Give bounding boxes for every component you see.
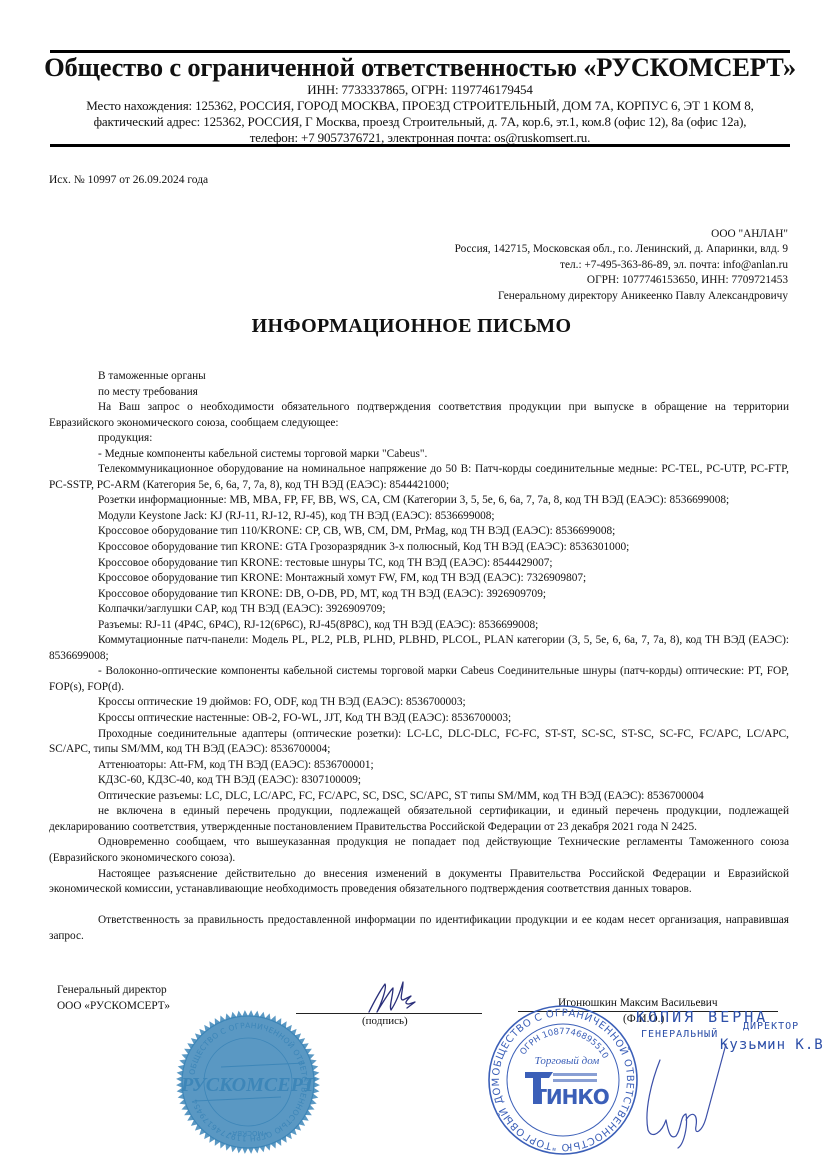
signatory-block: Генеральный директор ООО «РУСКОМСЕРТ» <box>57 983 170 1014</box>
body-paragraph: Проходные соединительные адаптеры (оптич… <box>49 727 789 758</box>
recipient-ogrn-inn: ОГРН: 1077746153650, ИНН: 7709721453 <box>455 273 788 288</box>
signatory-position: Генеральный директор <box>57 983 170 999</box>
svg-text:•МОСКВА•: •МОСКВА• <box>228 1129 267 1137</box>
body-paragraph: В таможенные органы <box>49 369 789 385</box>
body-paragraph: Ответственность за правильность предоста… <box>49 913 789 944</box>
body-paragraph: Одновременно сообщаем, что вышеуказанная… <box>49 835 789 866</box>
body-paragraph: Разъемы: RJ-11 (4P4C, 6P4C), RJ-12(6P6C)… <box>49 618 789 634</box>
body-paragraph: не включена в единый перечень продукции,… <box>49 804 789 835</box>
body-paragraph: Модули Keystone Jack: KJ (RJ-11, RJ-12, … <box>49 509 789 525</box>
body-paragraph: Коммутационные патч-панели: Модель PL, P… <box>49 633 789 664</box>
body-paragraph: продукция: <box>49 431 789 447</box>
letterhead-bottom-rule <box>50 144 790 147</box>
ruskomsert-stamp: ОБЩЕСТВО С ОГРАНИЧЕННОЙ ОТВЕТСТВЕННОСТЬЮ… <box>173 1005 323 1160</box>
body-paragraph: Кроссы оптические 19 дюймов: FO, ODF, ко… <box>49 695 789 711</box>
body-paragraph: Кроссовое оборудование тип KRONE: Монтаж… <box>49 571 789 587</box>
copy-position-right: ДИРЕКТОР <box>743 1021 799 1032</box>
body-paragraph: Кроссовое оборудование тип KRONE: тестов… <box>49 556 789 572</box>
outgoing-reference: Исх. № 10997 от 26.09.2024 года <box>49 174 208 186</box>
company-name: Общество с ограниченной ответственностью… <box>40 50 800 84</box>
tinko-logo-text: ТИНКО <box>533 1085 608 1109</box>
body-paragraph: - Волоконно-оптические компоненты кабель… <box>49 664 789 695</box>
recipient-block: ООО "АНЛАН" Россия, 142715, Московская о… <box>455 227 788 304</box>
copy-signer-name: Кузьмин К.В. <box>720 1037 823 1053</box>
copy-position-left: ГЕНЕРАЛЬНЫЙ <box>641 1029 718 1040</box>
body-paragraph: Аттенюаторы: Att-FM, код ТН ВЭД (ЕАЭС): … <box>49 758 789 774</box>
recipient-contacts: тел.: +7-495-363-86-89, эл. почта: info@… <box>455 258 788 273</box>
letter-body: В таможенные органы по месту требования … <box>49 369 789 944</box>
svg-text:ОБЩЕСТВО С ОГРАНИЧЕННОЙ ОТВЕТС: ОБЩЕСТВО С ОГРАНИЧЕННОЙ ОТВЕТСТВЕННОСТЬЮ… <box>483 1000 635 1152</box>
body-paragraph: Телекоммуникационное оборудование на ном… <box>49 462 789 493</box>
body-paragraph: Кроссы оптические настенные: OB-2, FO-WL… <box>49 711 789 727</box>
stamp-center-text: РУСКОМСЕРТ <box>180 1074 316 1096</box>
signature-caption: (подпись) <box>362 1015 408 1027</box>
body-paragraph: Колпачки/заглушки CAP, код ТН ВЭД (ЕАЭС)… <box>49 602 789 618</box>
body-paragraph: Настоящее разъяснение действительно до в… <box>49 867 789 898</box>
signatory-organization: ООО «РУСКОМСЕРТ» <box>57 999 170 1015</box>
company-location: Место нахождения: 125362, РОССИЯ, ГОРОД … <box>40 98 800 114</box>
recipient-addressee: Генеральному директору Аникеенко Павлу А… <box>455 289 788 304</box>
document-title: ИНФОРМАЦИОННОЕ ПИСЬМО <box>0 315 823 338</box>
body-paragraph: Оптические разъемы: LC, DLC, LC/APC, FC,… <box>49 789 789 805</box>
handwritten-signature-2 <box>640 1040 730 1150</box>
svg-text:Торговый дом: Торговый дом <box>535 1055 600 1067</box>
company-actual-address: фактический адрес: 125362, РОССИЯ, Г Мос… <box>40 114 800 130</box>
body-paragraph: Розетки информационные: MB, MBA, FP, FF,… <box>49 493 789 509</box>
body-paragraph: Кроссовое оборудование тип KRONE: GTA Гр… <box>49 540 789 556</box>
body-paragraph: Кроссовое оборудование тип 110/KRONE: CP… <box>49 524 789 540</box>
body-paragraph: На Ваш запрос о необходимости обязательн… <box>49 400 789 431</box>
tinko-stamp: ОБЩЕСТВО С ОГРАНИЧЕННОЙ ОТВЕТСТВЕННОСТЬЮ… <box>483 1000 643 1160</box>
body-paragraph: КДЗС-60, КДЗС-40, код ТН ВЭД (ЕАЭС): 830… <box>49 773 789 789</box>
recipient-company: ООО "АНЛАН" <box>455 227 788 242</box>
body-paragraph: Кроссовое оборудование тип KRONE: DB, O-… <box>49 587 789 603</box>
body-paragraph: - Медные компоненты кабельной системы то… <box>49 447 789 463</box>
recipient-address: Россия, 142715, Московская обл., г.о. Ле… <box>455 242 788 257</box>
company-inn-ogrn: ИНН: 7733337865, ОГРН: 1197746179454 <box>40 82 800 98</box>
body-paragraph: по месту требования <box>49 385 789 401</box>
handwritten-signature-1 <box>363 978 423 1018</box>
